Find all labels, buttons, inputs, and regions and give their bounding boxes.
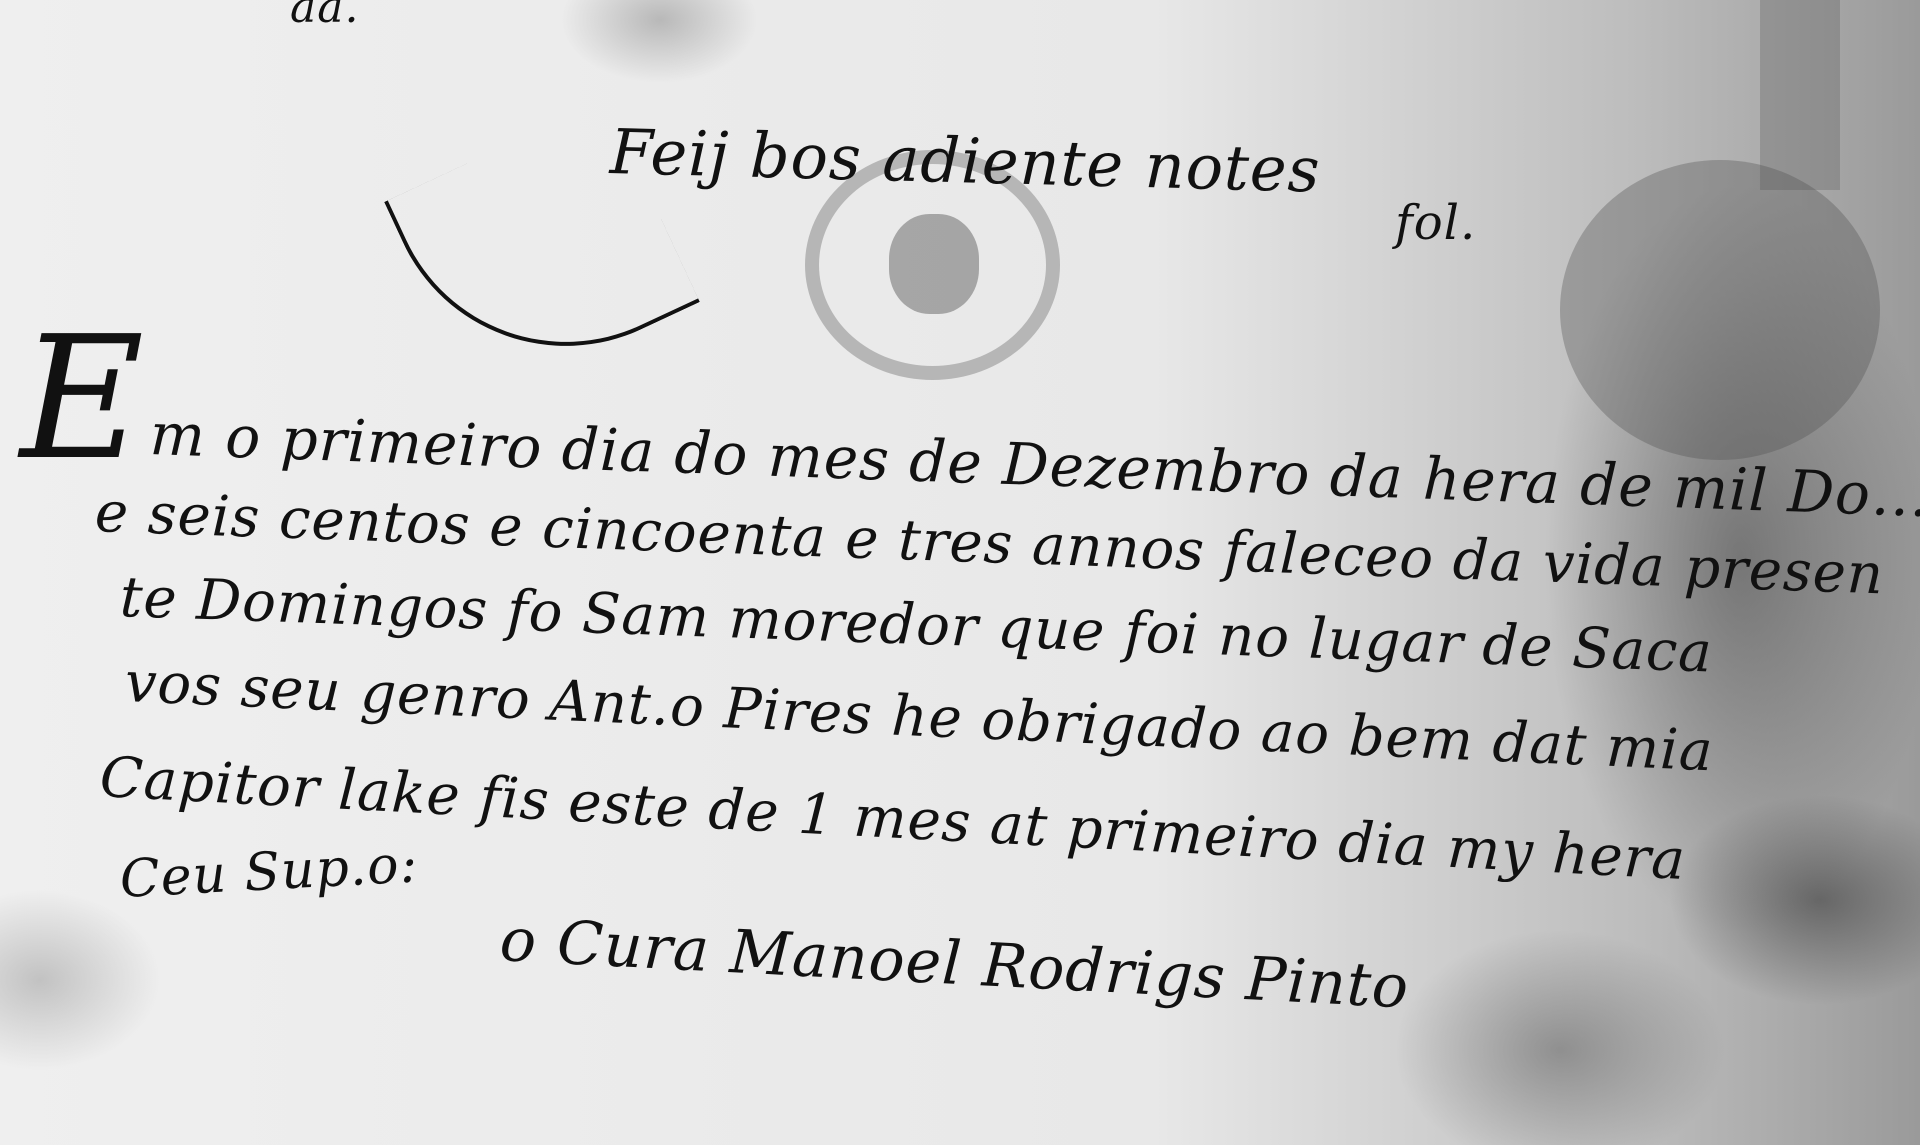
header-text: Feij bos adiente notes [609, 115, 1321, 207]
manuscript-page: aa. Feij bos adiente notes fol. E m o pr… [0, 0, 1920, 1145]
entry-line-6: Ceu Sup.o: [118, 834, 419, 910]
stain-mark [1560, 160, 1880, 460]
initial-letter: E [20, 300, 145, 498]
top-fragment-text: aa. [290, 0, 359, 33]
stain-mark [1760, 0, 1840, 190]
priest-signature: o Cura Manoel Rodrigs Pinto [498, 905, 1411, 1023]
folio-annotation: fol. [1395, 195, 1476, 251]
